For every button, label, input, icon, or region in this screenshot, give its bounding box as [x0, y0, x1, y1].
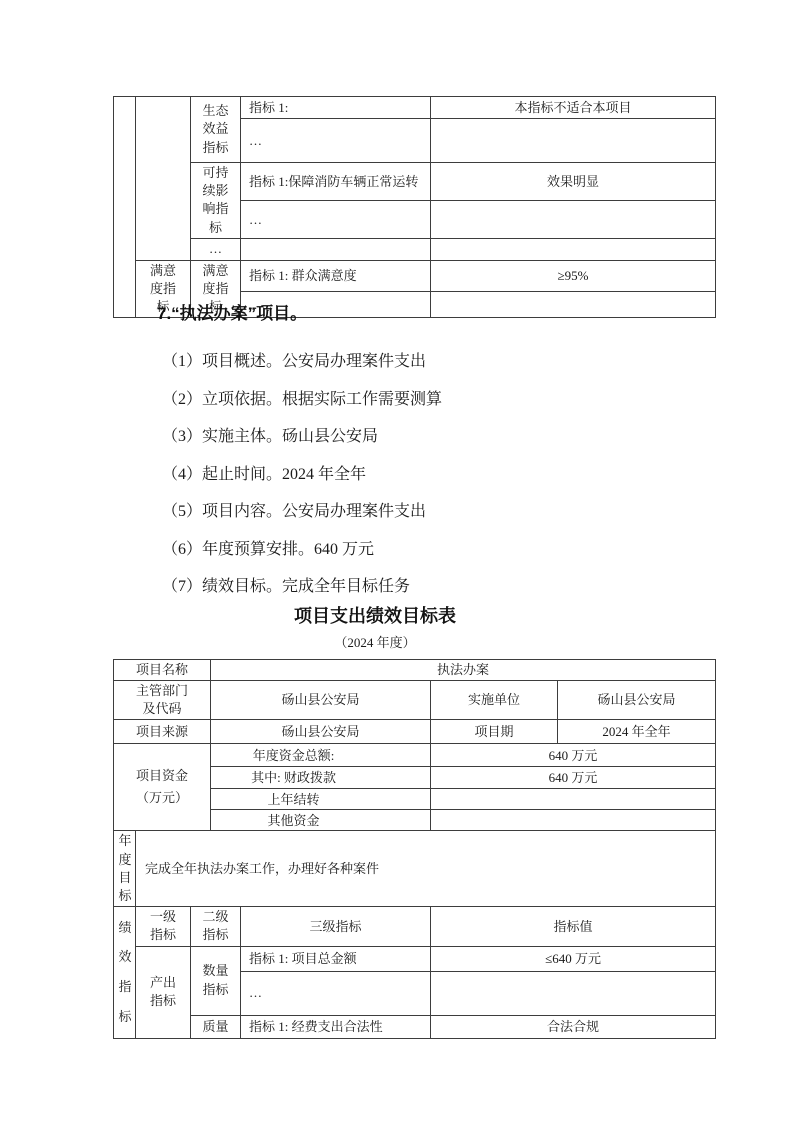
section-item-7: （7）绩效目标。完成全年目标任务 — [162, 566, 793, 604]
label: 年度目标 — [118, 832, 132, 905]
section-item-5: （5）项目内容。公安局办理案件支出 — [162, 491, 793, 529]
value-cell — [431, 238, 716, 260]
indicator-cell: 指标 1:保障消防车辆正常运转 — [241, 163, 431, 201]
table-row: 质量 指标 1: 经费支出合法性 合法合规 — [114, 1015, 716, 1038]
value-cell: ≤640 万元 — [431, 946, 716, 971]
table-row: 主管部门及代码 砀山县公安局 实施单位 砀山县公安局 — [114, 681, 716, 720]
indicator-cell: 指标 1: — [241, 97, 431, 119]
level1-label-cell: 产出指标 — [136, 946, 191, 1038]
indicator-cell: 指标 1: 经费支出合法性 — [241, 1015, 431, 1038]
indicator-cell: 指标 1: 群众满意度 — [241, 260, 431, 292]
table-row: 项目名称 执法办案 — [114, 660, 716, 681]
annual-goal-cell: 完成全年执法办案工作，办理好各种案件 — [136, 831, 716, 907]
label-cell: 项目名称 — [114, 660, 211, 681]
level2-label-cell: 质量 — [191, 1015, 241, 1038]
spanning-empty-cell — [114, 97, 136, 318]
label-cell: 实施单位 — [431, 681, 558, 720]
value-cell: ≥95% — [431, 260, 716, 292]
value-cell — [431, 119, 716, 163]
section-heading: 7.“执法办案”项目。 — [157, 297, 793, 331]
section-item-3: （3）实施主体。砀山县公安局 — [162, 416, 793, 454]
label-cell: 项目期 — [431, 720, 558, 744]
value-cell: 合法合规 — [431, 1015, 716, 1038]
value-cell: 砀山县公安局 — [558, 681, 716, 720]
group-label: 生态效益指标 — [202, 102, 230, 157]
header-cell: 指标值 — [431, 907, 716, 946]
level2-label: 数量指标 — [202, 962, 230, 998]
label: 主管部门及代码 — [134, 682, 191, 718]
header-label: 二级指标 — [202, 908, 230, 944]
value-cell — [431, 810, 716, 831]
table-row: 项目资金（万元） 年度资金总额: 640 万元 — [114, 744, 716, 767]
label: 项目资金（万元） — [134, 765, 191, 809]
value-cell: 本指标不适合本项目 — [431, 97, 716, 119]
header-cell: 三级指标 — [241, 907, 431, 946]
level2-label-cell: 数量指标 — [191, 946, 241, 1015]
group-label: 可持续影响指标 — [202, 164, 230, 237]
table-row: … — [114, 238, 716, 260]
section-item-list: （1）项目概述。公安局办理案件支出 （2）立项依据。根据实际工作需要测算 （3）… — [0, 341, 793, 604]
value-cell: 砀山县公安局 — [211, 681, 431, 720]
table-row: 可持续影响指标 指标 1:保障消防车辆正常运转 效果明显 — [114, 163, 716, 201]
section-item-2: （2）立项依据。根据实际工作需要测算 — [162, 379, 793, 417]
label-cell: 年度目标 — [114, 831, 136, 907]
section-item-4: （4）起止时间。2024 年全年 — [162, 454, 793, 492]
fund-item-cell: 上年结转 — [211, 789, 431, 810]
label-cell: 主管部门及代码 — [114, 681, 211, 720]
header-label: 一级指标 — [149, 908, 177, 944]
table-row: 满意度指标 满意度指标 指标 1: 群众满意度 ≥95% — [114, 260, 716, 292]
fund-item-cell: 年度资金总额: — [211, 744, 431, 767]
table-title: 项目支出绩效目标表 — [0, 602, 750, 630]
fund-item-cell: 其中: 财政拨款 — [211, 767, 431, 789]
document-page: 生态效益指标 指标 1: 本指标不适合本项目 … 可持续影响指标 指标 1:保障… — [0, 0, 793, 1122]
performance-target-table: 项目名称 执法办案 主管部门及代码 砀山县公安局 实施单位 砀山县公安局 项目来… — [113, 659, 716, 1039]
table-row: 项目来源 砀山县公安局 项目期 2024 年全年 — [114, 720, 716, 744]
indicator-cell: … — [241, 200, 431, 238]
value-cell — [431, 789, 716, 810]
value-cell: 640 万元 — [431, 744, 716, 767]
group-label-cell: 生态效益指标 — [191, 97, 241, 163]
value-cell — [431, 971, 716, 1015]
value-cell: 640 万元 — [431, 767, 716, 789]
group-label-cell: … — [191, 238, 241, 260]
level1-label: 产出指标 — [149, 974, 177, 1010]
indicator-cell — [241, 238, 431, 260]
label-cell: 绩效指标 — [114, 907, 136, 1038]
value-cell: 效果明显 — [431, 163, 716, 201]
value-cell — [431, 200, 716, 238]
fund-item-cell: 其他资金 — [211, 810, 431, 831]
value-cell: 执法办案 — [211, 660, 716, 681]
label-cell: 项目来源 — [114, 720, 211, 744]
table-row: 产出指标 数量指标 指标 1: 项目总金额 ≤640 万元 — [114, 946, 716, 971]
indicator-cell: … — [241, 119, 431, 163]
group-label-cell: 可持续影响指标 — [191, 163, 241, 239]
section-7: 7.“执法办案”项目。 （1）项目概述。公安局办理案件支出 （2）立项依据。根据… — [0, 297, 793, 604]
indicator-table-continued: 生态效益指标 指标 1: 本指标不适合本项目 … 可持续影响指标 指标 1:保障… — [113, 96, 716, 318]
section-item-6: （6）年度预算安排。640 万元 — [162, 529, 793, 567]
table-subtitle: （2024 年度） — [0, 634, 750, 652]
value-cell: 砀山县公安局 — [211, 720, 431, 744]
table-row: 年度目标 完成全年执法办案工作，办理好各种案件 — [114, 831, 716, 907]
value-cell: 2024 年全年 — [558, 720, 716, 744]
header-cell: 一级指标 — [136, 907, 191, 946]
table-row: 绩效指标 一级指标 二级指标 三级指标 指标值 — [114, 907, 716, 946]
label: 绩效指标 — [118, 913, 132, 1033]
header-cell: 二级指标 — [191, 907, 241, 946]
table-row: 生态效益指标 指标 1: 本指标不适合本项目 — [114, 97, 716, 119]
section-item-1: （1）项目概述。公安局办理案件支出 — [162, 341, 793, 379]
spanning-empty-cell — [136, 97, 191, 261]
label-cell: 项目资金（万元） — [114, 744, 211, 831]
indicator-cell: … — [241, 971, 431, 1015]
indicator-cell: 指标 1: 项目总金额 — [241, 946, 431, 971]
